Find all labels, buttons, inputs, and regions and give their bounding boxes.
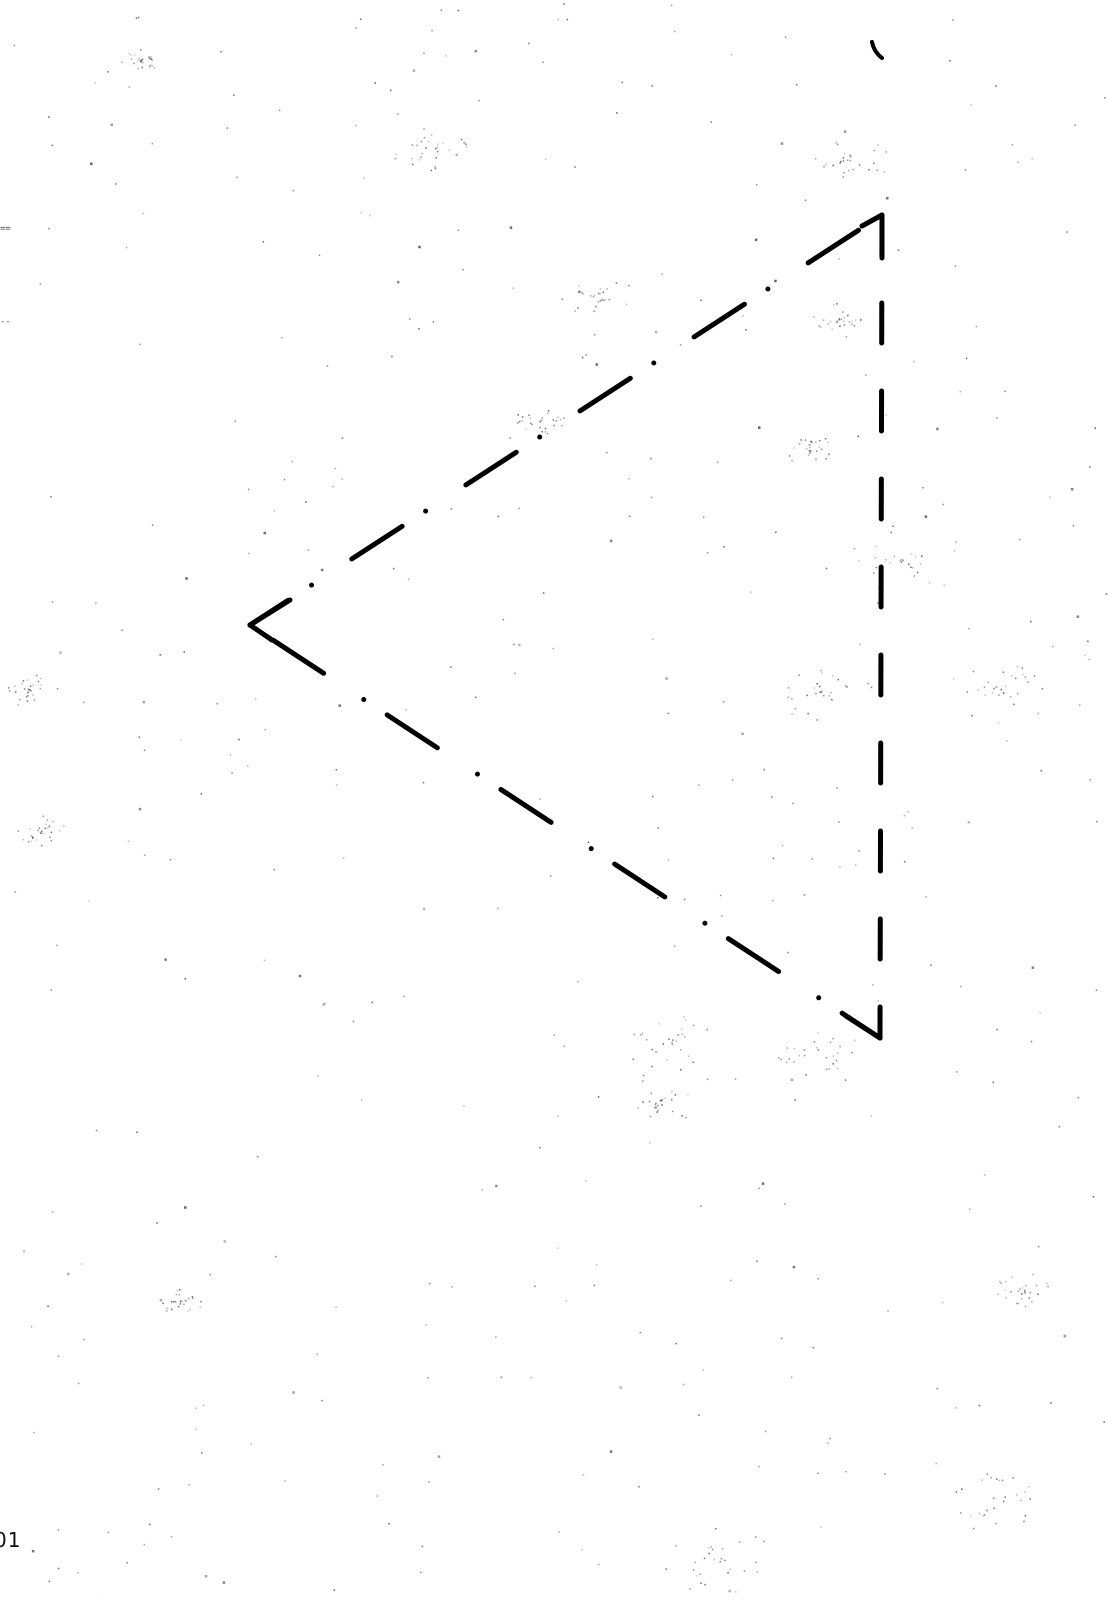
- margin-mark-bottom: --: [0, 318, 11, 327]
- margin-mark-top: ==: [0, 225, 11, 234]
- vertex-top-right: [862, 215, 882, 258]
- triangle-edge-bottom: [250, 625, 880, 1038]
- page-number: 01: [0, 1528, 21, 1552]
- scan-noise-specks: [8, 3, 1108, 1600]
- triangle-edge-top: [250, 215, 882, 625]
- triangle-edge-right: [880, 215, 882, 1038]
- dashed-triangle: [250, 215, 882, 1038]
- scanned-drawing-canvas: [0, 0, 1108, 1600]
- stray-pen-mark: [872, 42, 882, 58]
- vertex-left: [250, 600, 290, 640]
